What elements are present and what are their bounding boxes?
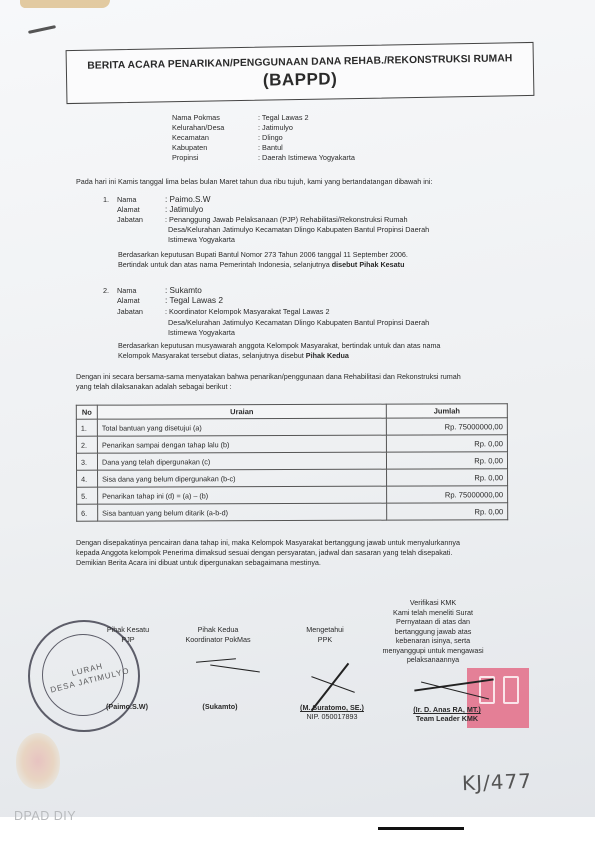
- watermark: DPAD DIY: [14, 809, 76, 823]
- handwritten-note: KJ/477: [462, 769, 533, 795]
- table-row: 2.Penarikan sampai dengan tahap lalu (b)…: [76, 435, 507, 454]
- background-edge: [20, 0, 110, 8]
- table-row: 1.Total bantuan yang disetujui (a)Rp. 75…: [76, 418, 507, 437]
- table-row: 3.Dana yang telah dipergunakan (c)Rp. 0,…: [76, 452, 507, 471]
- closing-line: Dengan disepakatinya pencairan dana taha…: [76, 538, 460, 548]
- title-box: BERITA ACARA PENARIKAN/PENGGUNAAN DANA R…: [66, 42, 535, 104]
- identity-row: Nama Pokmas: Tegal Lawas 2: [172, 113, 220, 122]
- party-one: 1. Nama : Paimo.S.W Alamat : Jatimulyo J…: [103, 195, 543, 255]
- party-one-name: : Paimo.S.W: [165, 195, 211, 205]
- identity-row: Propinsi: Daerah Istimewa Yogyakarta: [172, 153, 198, 162]
- pen-mark: [28, 25, 56, 34]
- signature-mengetahui: Mengetahui PPK: [290, 625, 360, 644]
- verification-kmk: Verifikasi KMK Kami telah meneliti Surat…: [372, 598, 494, 665]
- column-header-uraian: Uraian: [97, 404, 386, 419]
- identity-row: Kecamatan: Dlingo: [172, 133, 209, 142]
- identity-row: Kelurahan/Desa: Jatimulyo: [172, 123, 224, 132]
- signer-nip: NIP. 050017893: [296, 712, 368, 722]
- table-row: 6.Sisa bantuan yang belum ditarik (a-b-d…: [77, 503, 508, 522]
- table-row: 5.Penarikan tahap ini (d) = (a) – (b)Rp.…: [77, 486, 508, 505]
- disbursement-table: No Uraian Jumlah 1.Total bantuan yang di…: [76, 403, 508, 522]
- closing-line: kepada Anggota kelompok Penerima dimaksu…: [76, 548, 452, 558]
- statement-line: Dengan ini secara bersama-sama menyataka…: [76, 372, 461, 382]
- party-one-basis: Berdasarkan keputusan Bupati Bantul Nomo…: [118, 250, 408, 260]
- signature-pihak-kedua: Pihak Kedua Koordinator PokMas: [178, 625, 258, 644]
- dpad-crest-icon: [16, 733, 60, 789]
- signature-scribble: [196, 658, 236, 663]
- party-two-basis: Berdasarkan keputusan musyawarah anggota…: [118, 341, 440, 351]
- signature-scribble: [210, 665, 260, 673]
- signer-name-pihak-kesatu: (Paimo.S.W): [92, 702, 162, 712]
- party-two: 2. Nama : Sukamto Alamat : Tegal Lawas 2…: [103, 286, 543, 346]
- identity-row: Kabupaten: Bantul: [172, 143, 207, 152]
- opening-paragraph: Pada hari ini Kamis tanggal lima belas b…: [76, 177, 432, 187]
- column-header-jumlah: Jumlah: [386, 404, 507, 418]
- party-one-acting: Bertindak untuk dan atas nama Pemerintah…: [118, 260, 404, 270]
- scroll-indicator: [378, 827, 464, 830]
- statement-line: yang telah dilaksanakan adalah sebagai b…: [76, 382, 231, 392]
- closing-line: Demikian Berita Acara ini dibuat untuk d…: [76, 558, 321, 568]
- column-header-no: No: [76, 405, 97, 419]
- signer-name-pihak-kedua: (Sukamto): [190, 702, 250, 712]
- signer-role-kmk: Team Leader KMK: [408, 714, 486, 724]
- signature-scribble: [311, 676, 355, 693]
- signature-pihak-kesatu: Pihak Kesatu PJP: [98, 625, 158, 644]
- party-two-acting: Kelompok Masyarakat tersebut diatas, sel…: [118, 351, 349, 361]
- document-page: BERITA ACARA PENARIKAN/PENGGUNAAN DANA R…: [0, 0, 595, 817]
- table-header-row: No Uraian Jumlah: [76, 404, 507, 420]
- table-row: 4.Sisa dana yang belum dipergunakan (b-c…: [77, 469, 508, 488]
